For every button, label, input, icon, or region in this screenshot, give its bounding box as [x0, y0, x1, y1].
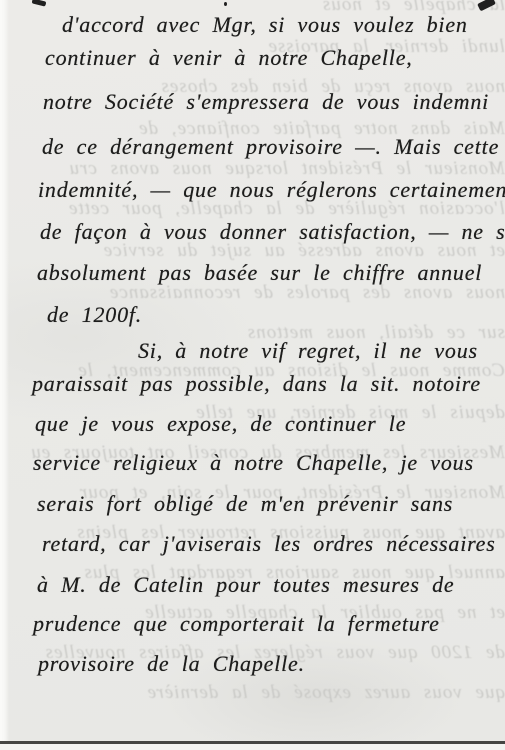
handwritten-line: serais fort obligé de m'en prévenir sans: [37, 489, 453, 519]
handwritten-line: prudence que comporterait la fermeture: [33, 609, 440, 639]
handwritten-line: Si, à notre vif regret, il ne vous: [138, 336, 478, 366]
handwritten-line: de 1200f.: [47, 300, 142, 330]
handwritten-line: que je vous expose, de continuer le: [35, 409, 406, 439]
ink-mark: [224, 2, 227, 6]
handwritten-line: absolument pas basée sur le chiffre annu…: [37, 258, 482, 288]
scan-left-edge: [0, 0, 9, 750]
handwritten-line: d'accord avec Mgr, si vous voulez bien: [62, 10, 468, 40]
scan-bottom-strip: [0, 744, 505, 750]
handwritten-line: continuer à venir à notre Chapelle,: [45, 43, 413, 73]
handwritten-line: paraissait pas possible, dans la sit. no…: [32, 369, 481, 399]
handwritten-line: de façon à vous donner satisfaction, — n…: [40, 217, 505, 247]
handwritten-line: indemnité, — que nous réglerons certaine…: [38, 175, 505, 205]
handwritten-line: de ce dérangement provisoire —. Mais cet…: [42, 132, 499, 162]
handwriting-layer: d'accord avec Mgr, si vous voulez bien c…: [0, 0, 505, 750]
handwritten-line: provisoire de la Chapelle.: [38, 649, 305, 679]
scanned-letter-page: la chapelle et nous lundi dernier, la pa…: [0, 0, 505, 750]
handwritten-line: retard, car j'aviserais les ordres néces…: [42, 529, 496, 559]
handwritten-line: notre Société s'empressera de vous indem…: [43, 87, 489, 117]
handwritten-line: à M. de Catelin pour toutes mesures de: [37, 570, 454, 600]
handwritten-line: service religieux à notre Chapelle, je v…: [33, 448, 474, 478]
